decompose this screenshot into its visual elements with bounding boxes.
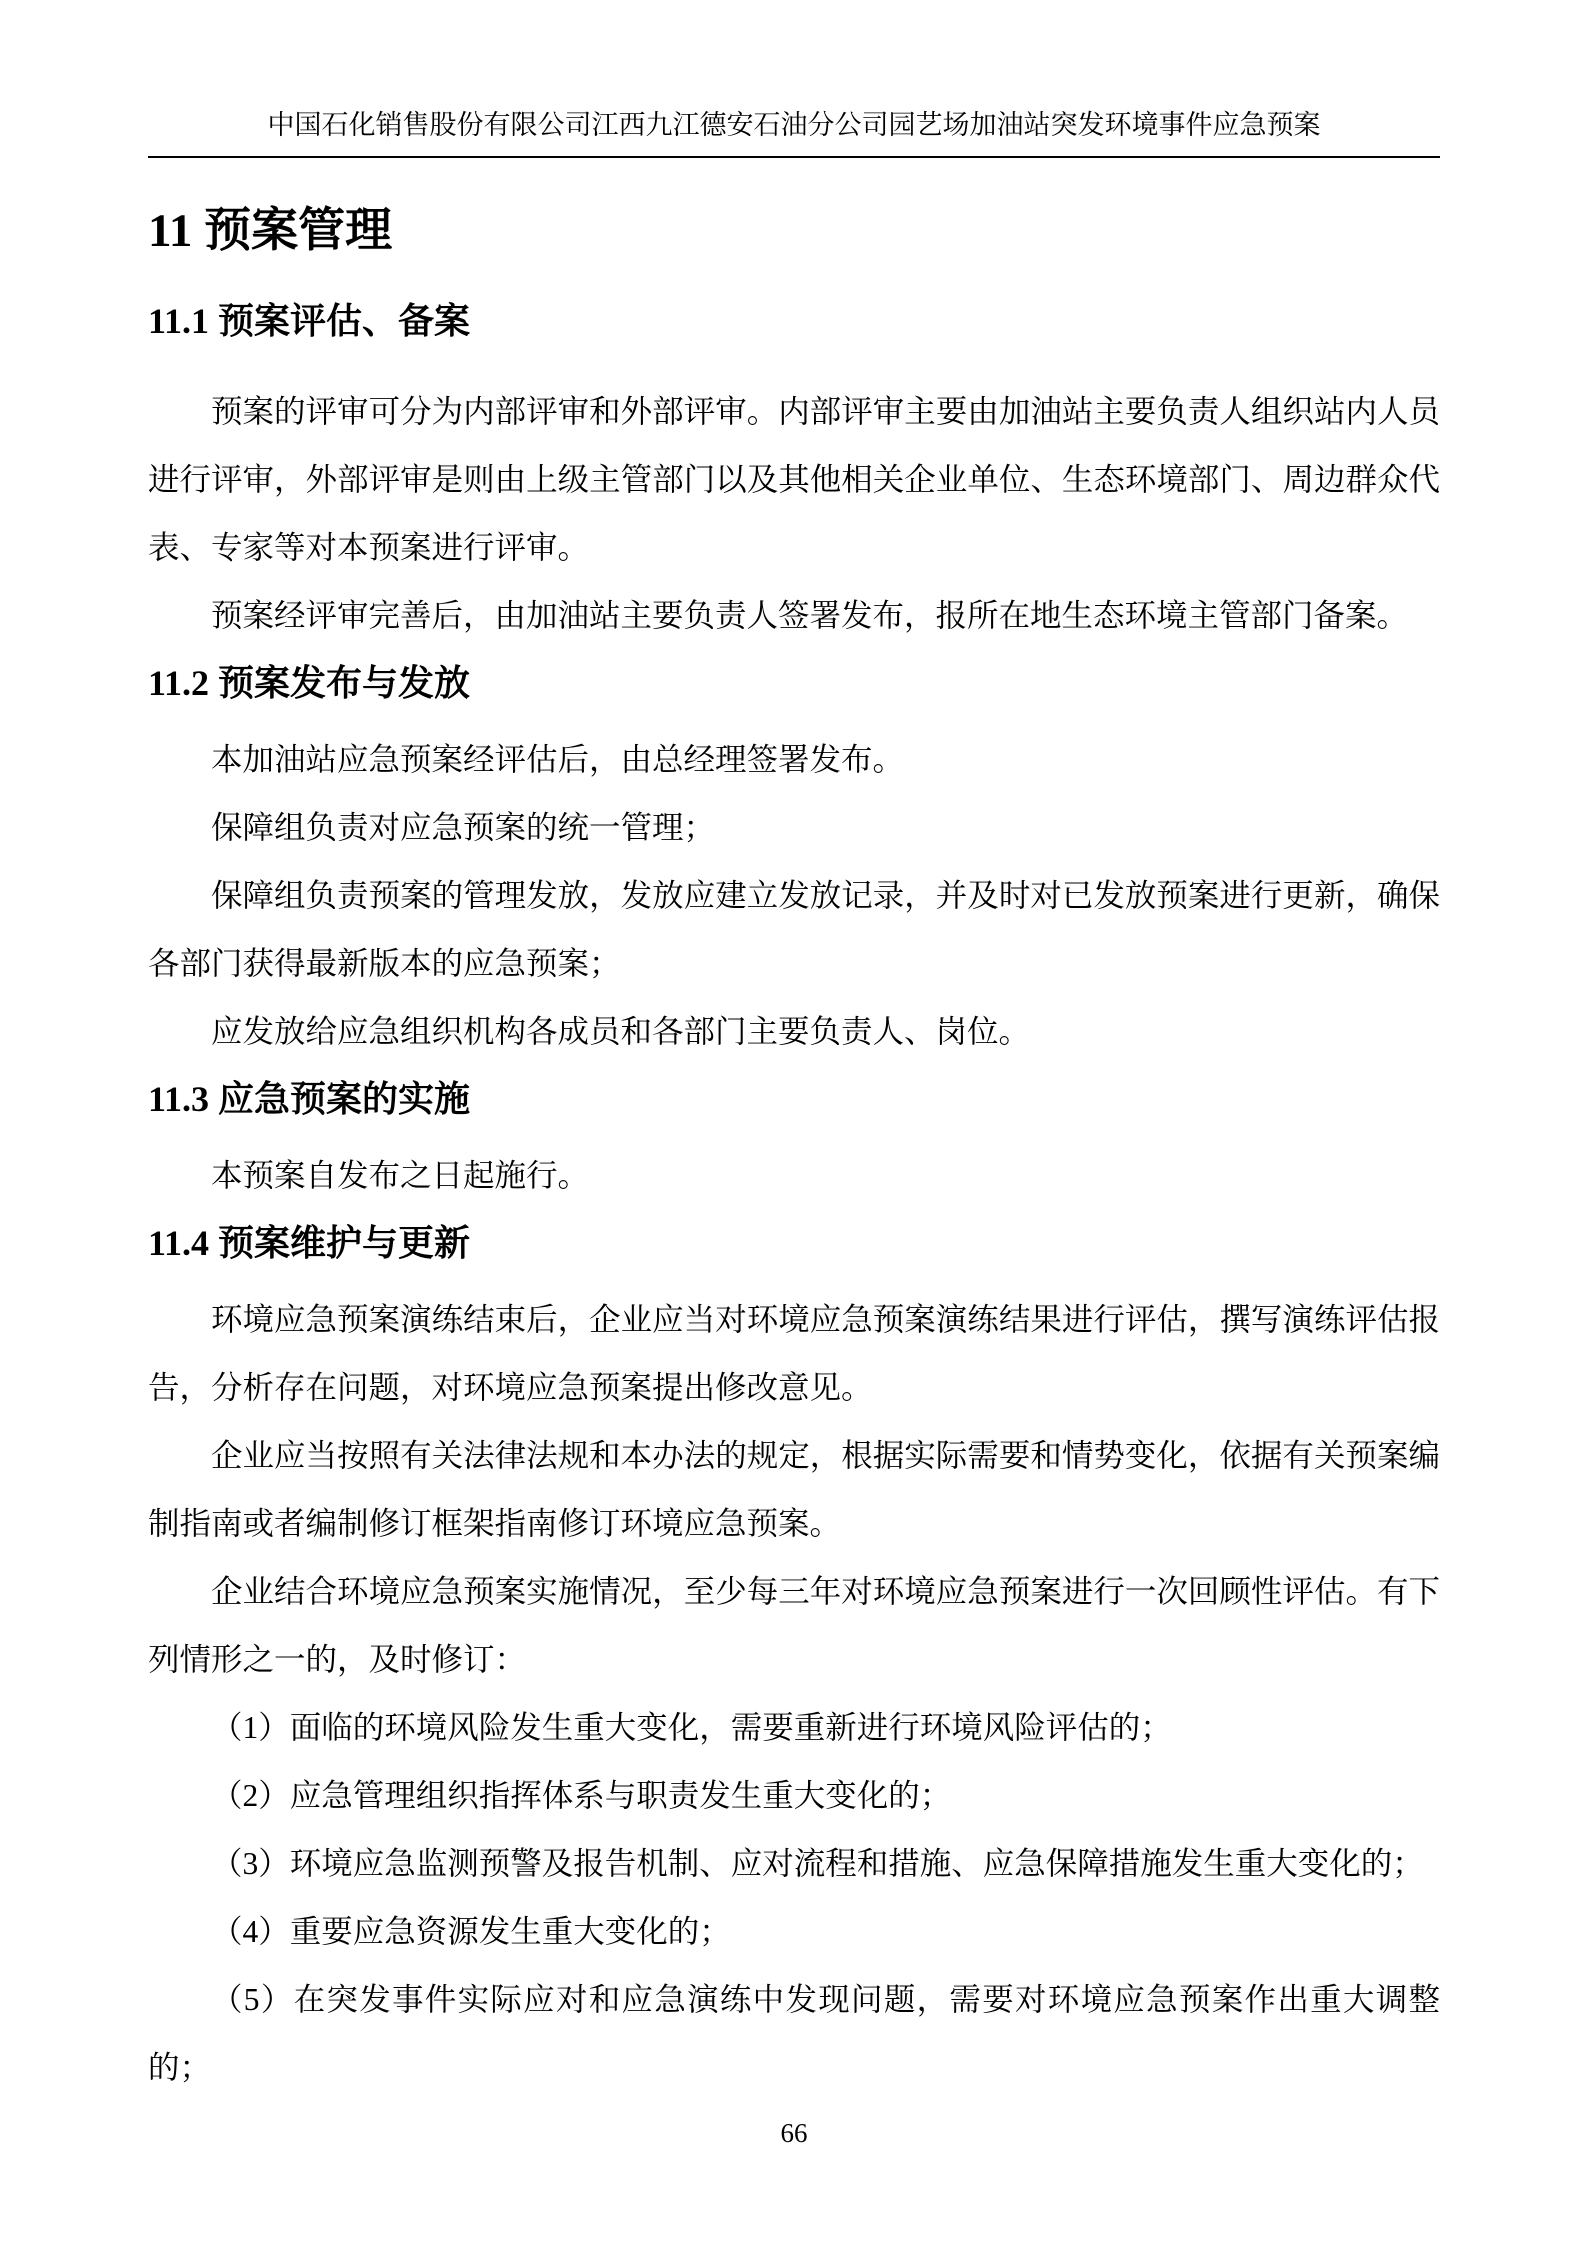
page-header: 中国石化销售股份有限公司江西九江德安石油分公司园艺场加油站突发环境事件应急预案 xyxy=(148,0,1440,158)
list-item-5: （5）在突发事件实际应对和应急演练中发现问题，需要对环境应急预案作出重大调整的； xyxy=(148,1966,1440,2102)
section-heading-11-2: 11.2 预案发布与发放 xyxy=(148,660,1440,706)
chapter-title: 11 预案管理 xyxy=(148,202,1440,260)
list-item-3: （3）环境应急监测预警及报告机制、应对流程和措施、应急保障措施发生重大变化的； xyxy=(148,1830,1440,1898)
section-heading-11-4: 11.4 预案维护与更新 xyxy=(148,1220,1440,1266)
document-page: 中国石化销售股份有限公司江西九江德安石油分公司园艺场加油站突发环境事件应急预案 … xyxy=(0,0,1587,2245)
paragraph: 本加油站应急预案经评估后，由总经理签署发布。 xyxy=(148,726,1440,794)
running-header-title: 中国石化销售股份有限公司江西九江德安石油分公司园艺场加油站突发环境事件应急预案 xyxy=(148,0,1440,140)
page-number: 66 xyxy=(781,2118,808,2148)
paragraph: 预案经评审完善后，由加油站主要负责人签署发布，报所在地生态环境主管部门备案。 xyxy=(148,582,1440,650)
page-footer: 66 xyxy=(148,2116,1440,2150)
paragraph: 企业应当按照有关法律法规和本办法的规定，根据实际需要和情势变化，依据有关预案编制… xyxy=(148,1422,1440,1558)
list-item-2: （2）应急管理组织指挥体系与职责发生重大变化的； xyxy=(148,1762,1440,1830)
paragraph: 保障组负责预案的管理发放，发放应建立发放记录，并及时对已发放预案进行更新，确保各… xyxy=(148,862,1440,998)
header-divider xyxy=(148,156,1440,158)
section-heading-11-3: 11.3 应急预案的实施 xyxy=(148,1076,1440,1122)
list-item-1: （1）面临的环境风险发生重大变化，需要重新进行环境风险评估的； xyxy=(148,1694,1440,1762)
paragraph: 环境应急预案演练结束后，企业应当对环境应急预案演练结果进行评估，撰写演练评估报告… xyxy=(148,1286,1440,1422)
paragraph: 企业结合环境应急预案实施情况，至少每三年对环境应急预案进行一次回顾性评估。有下列… xyxy=(148,1558,1440,1694)
paragraph: 预案的评审可分为内部评审和外部评审。内部评审主要由加油站主要负责人组织站内人员进… xyxy=(148,378,1440,582)
paragraph: 保障组负责对应急预案的统一管理； xyxy=(148,794,1440,862)
paragraph: 本预案自发布之日起施行。 xyxy=(148,1142,1440,1210)
list-item-4: （4）重要应急资源发生重大变化的； xyxy=(148,1898,1440,1966)
paragraph: 应发放给应急组织机构各成员和各部门主要负责人、岗位。 xyxy=(148,998,1440,1066)
section-heading-11-1: 11.1 预案评估、备案 xyxy=(148,298,1440,344)
